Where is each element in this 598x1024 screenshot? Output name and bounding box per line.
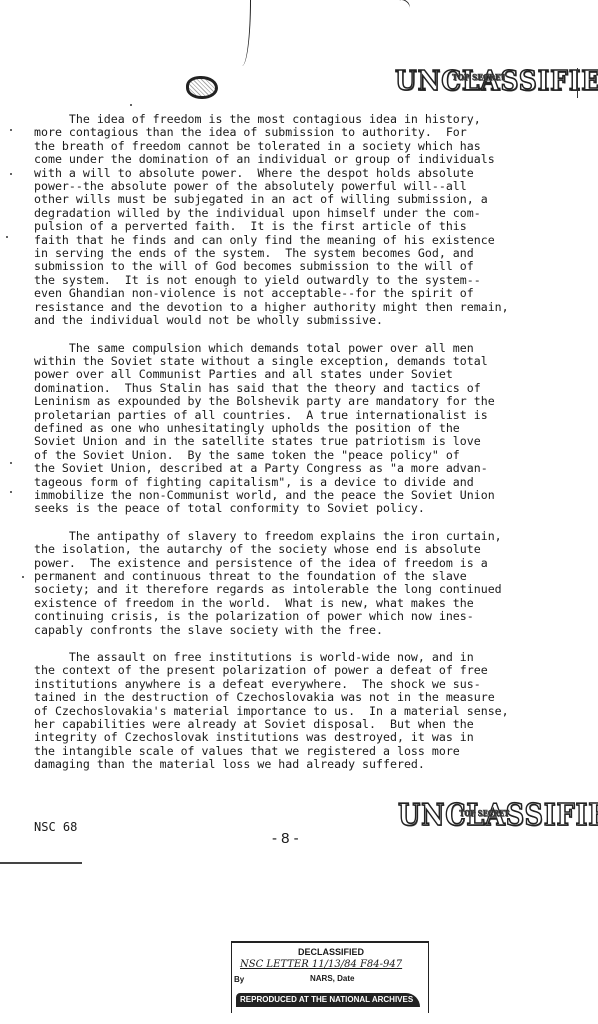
declassification-stamp: DECLASSIFIED NSC LETTER 11/13/84 F84-947… xyxy=(228,941,428,1013)
text-line: power over all Communist Parties and all… xyxy=(34,368,594,381)
paragraph: The antipathy of slavery to freedom expl… xyxy=(34,530,594,637)
text-line: the context of the present polarization … xyxy=(34,664,594,677)
text-line: existence of freedom in the world. What … xyxy=(34,597,594,610)
text-line: the Soviet Union, described at a Party C… xyxy=(34,462,594,475)
text-line: the breath of freedom cannot be tolerate… xyxy=(34,140,594,153)
paragraph: The same compulsion which demands total … xyxy=(34,342,594,516)
text-line: Leninism as expounded by the Bolshevik p… xyxy=(34,395,594,408)
declassification-authority: NSC LETTER 11/13/84 F84-947 xyxy=(240,959,402,970)
text-line: more contagious than the idea of submiss… xyxy=(34,126,594,139)
text-line: submission to the will of God becomes su… xyxy=(34,260,594,273)
by-label: By xyxy=(234,975,244,984)
document-code: NSC 68 xyxy=(34,820,77,834)
text-line: pulsion of a perverted faith. It is the … xyxy=(34,220,594,233)
overstamp-label: TOP SECRET xyxy=(452,72,506,82)
text-line: permanent and continuous threat to the f… xyxy=(34,570,594,583)
text-line: Soviet Union and in the satellite states… xyxy=(34,435,594,448)
text-line: the intangible scale of values that we r… xyxy=(34,745,594,758)
text-line: resistance and the devotion to a higher … xyxy=(34,301,594,314)
scan-speck xyxy=(10,491,12,493)
text-line: degradation willed by the individual upo… xyxy=(34,207,594,220)
pen-mark xyxy=(236,0,251,66)
text-line: The antipathy of slavery to freedom expl… xyxy=(34,530,594,543)
text-line: of Czechoslovakia's material importance … xyxy=(34,705,594,718)
text-line: in serving the ends of the system. The s… xyxy=(34,247,594,260)
text-line: immobilize the non-Communist world, and … xyxy=(34,489,594,502)
scan-speck xyxy=(6,236,8,238)
text-line: the isolation, the autarchy of the socie… xyxy=(34,543,594,556)
paragraph: The assault on free institutions is worl… xyxy=(34,651,594,772)
scan-speck xyxy=(10,173,12,175)
overstamp-label: TOP SECRET xyxy=(459,808,509,818)
text-line: society; and it therefore regards as int… xyxy=(34,583,594,596)
text-line: domination. Thus Stalin has said that th… xyxy=(34,382,594,395)
paragraph: The idea of freedom is the most contagio… xyxy=(34,113,594,328)
scan-speck xyxy=(10,462,12,464)
text-line: her capabilities were already at Soviet … xyxy=(34,718,594,731)
text-line: proletarian parties of all countries. A … xyxy=(34,409,594,422)
text-line: integrity of Czechoslovak institutions w… xyxy=(34,731,594,744)
page-edge-line xyxy=(577,68,579,98)
text-line: tageous form of fighting capitalism", is… xyxy=(34,476,594,489)
scan-speck xyxy=(10,129,12,131)
text-line: institutions anywhere is a defeat everyw… xyxy=(34,678,594,691)
ink-blot xyxy=(186,76,218,99)
text-line: The same compulsion which demands total … xyxy=(34,342,594,355)
text-line: within the Soviet state without a single… xyxy=(34,355,594,368)
classification-stamp-top: UNCLASSIFIED TOP SECRET xyxy=(395,66,598,97)
text-line: come under the domination of an individu… xyxy=(34,153,594,166)
classification-stamp-bottom: UNCLASSIFIED TOP SECRET xyxy=(398,798,598,833)
pen-mark xyxy=(397,0,412,12)
scan-speck xyxy=(130,104,132,106)
text-line: The assault on free institutions is worl… xyxy=(34,651,594,664)
text-line: with a will to absolute power. Where the… xyxy=(34,167,594,180)
text-line: other wills must be subjegated in an act… xyxy=(34,193,594,206)
text-line: defined as one who unhesitatingly uphold… xyxy=(34,422,594,435)
footnote-rule xyxy=(0,862,82,864)
text-line: and the individual would not be wholly s… xyxy=(34,314,594,327)
text-line: of the Soviet Union. By the same token t… xyxy=(34,449,594,462)
text-line: damaging than the material loss we had a… xyxy=(34,758,594,771)
nara-label: NARS, Date xyxy=(310,974,354,983)
document-body: The idea of freedom is the most contagio… xyxy=(34,113,594,786)
page-number: - 8 - xyxy=(272,830,299,847)
text-line: continuing crisis, is the polarization o… xyxy=(34,610,594,623)
text-line: the system. It is not enough to yield ou… xyxy=(34,274,594,287)
text-line: faith that he finds and can only find th… xyxy=(34,234,594,247)
reproduced-banner: REPRODUCED AT THE NATIONAL ARCHIVES xyxy=(236,993,420,1007)
text-line: tained in the destruction of Czechoslova… xyxy=(34,691,594,704)
text-line: power--the absolute power of the absolut… xyxy=(34,180,594,193)
text-line: The idea of freedom is the most contagio… xyxy=(34,113,594,126)
text-line: seeks is the peace of total conformity t… xyxy=(34,502,594,515)
declassified-title: DECLASSIFIED xyxy=(298,947,364,957)
text-line: capably confronts the slave society with… xyxy=(34,624,594,637)
text-line: power. The existence and persistence of … xyxy=(34,557,594,570)
scan-speck xyxy=(22,576,24,578)
text-line: even Ghandian non-violence is not accept… xyxy=(34,287,594,300)
